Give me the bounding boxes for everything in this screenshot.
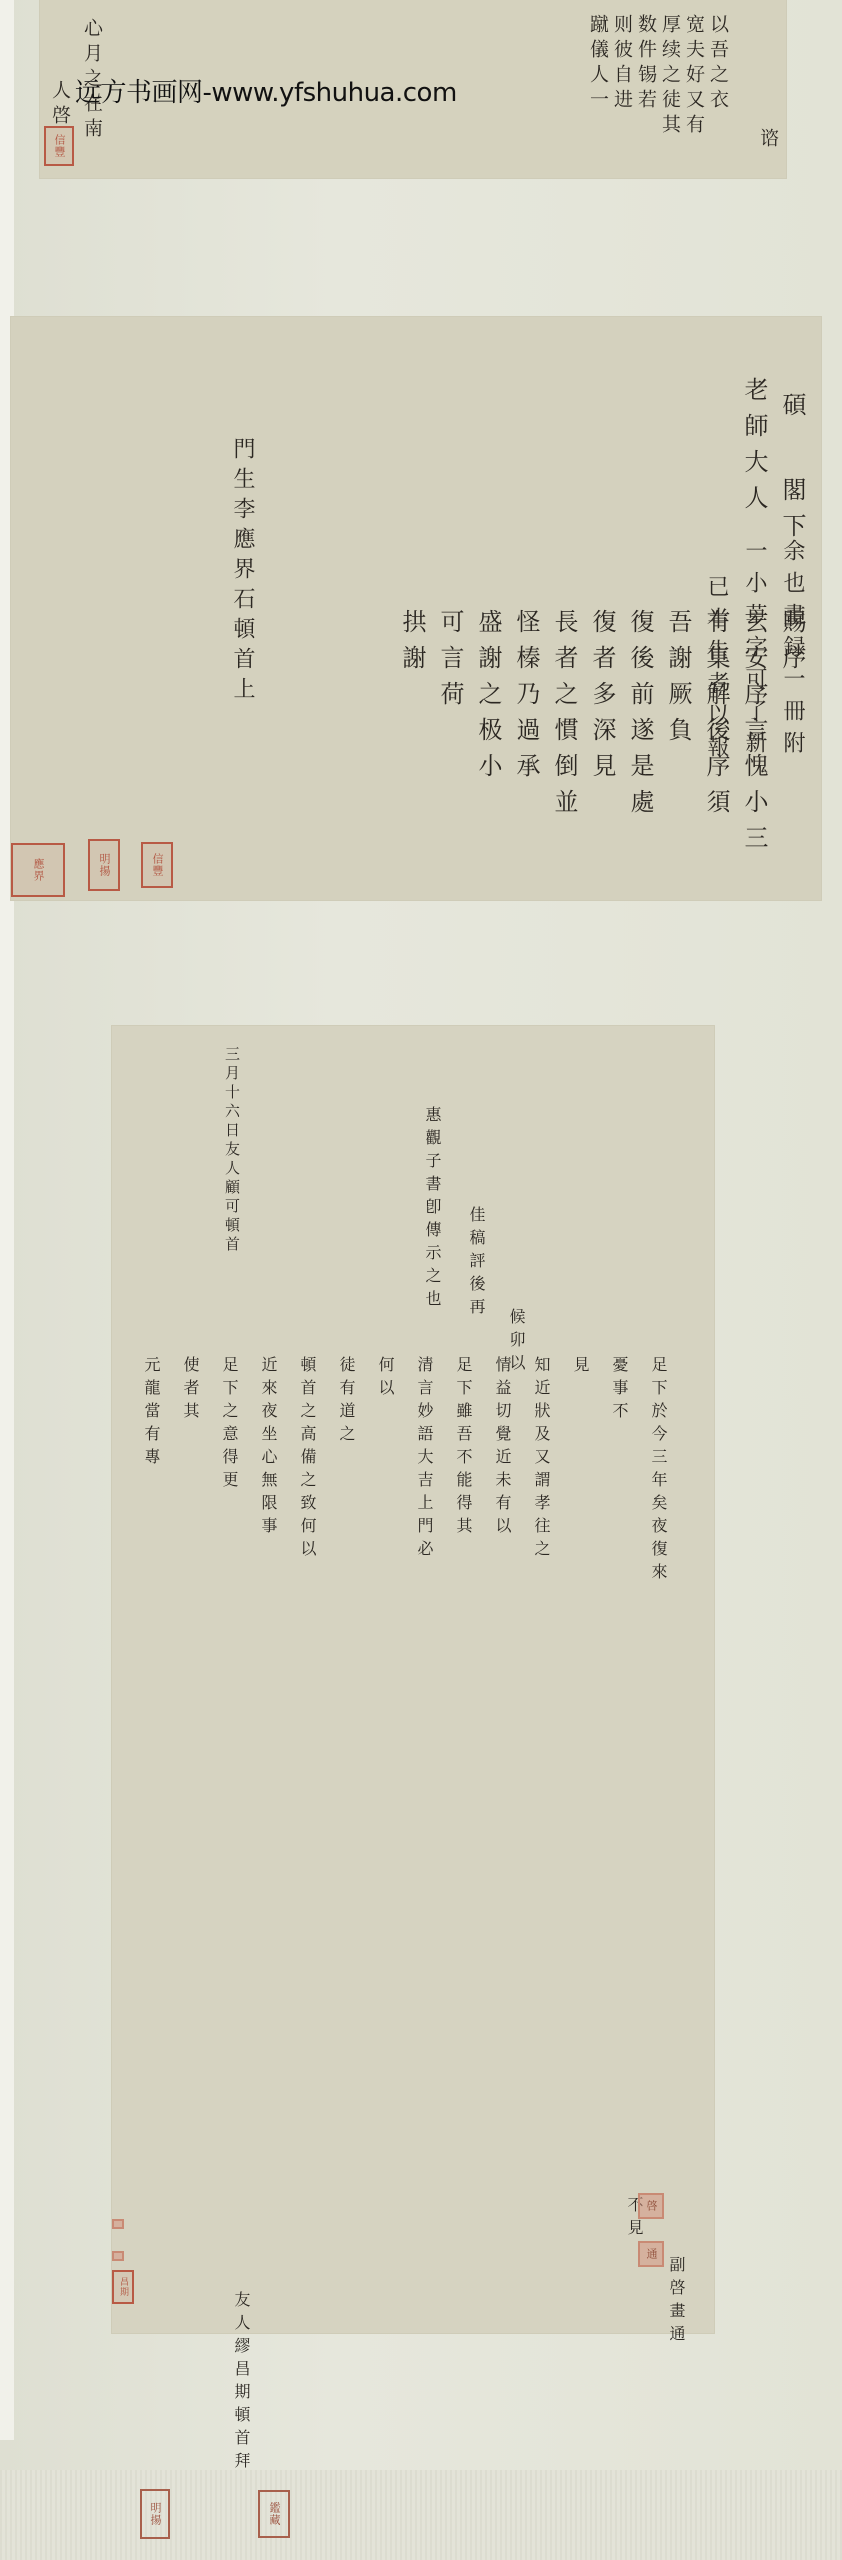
text-column: 盛謝之极小 (469, 609, 507, 861)
text-column: 復者多深見 (583, 609, 621, 861)
text-column-tail: 谘 (756, 128, 780, 153)
silk-border-bottom (0, 2470, 842, 2560)
date-signature-column: 三月十六日友人顧可頓首 (212, 1046, 251, 1255)
panel1-text-upper: 以吾之衣 宽夫好又有 厚续之徒其 数件锡若 则彼自进 蹴儀人一 (586, 14, 730, 139)
seal (112, 2219, 124, 2229)
text-column: 足下之意得更 (210, 1356, 249, 1586)
seal: 信豐 (44, 126, 74, 166)
text-column: 玄安序言愧小三 (735, 609, 773, 861)
text-column: 知近狀及又謂孝往之 (522, 1356, 561, 1586)
text-column: 佳稿評後再 (457, 1206, 496, 1321)
text-column: 足下雖吾不能得其 (444, 1356, 483, 1586)
seal: 啓 (638, 2193, 664, 2219)
panel2-text-lower: 賜序 玄安序言愧小三 有集解後序須 吾謝厥負 復後前遂是處 復者多深見 長者之慣… (393, 609, 811, 861)
panel3-body-text: 足下於今三年矣夜復來 憂事不 見 知近狀及又謂孝往之 情益切覺近未有以 足下雖吾… (132, 1356, 678, 1586)
text-column: 頓首之高備之致何以 (288, 1356, 327, 1586)
seal: 信豐 (141, 842, 173, 888)
closing-column: 副啓畫通 (657, 2256, 696, 2348)
text-column: 怪榛乃過承 (507, 609, 545, 861)
text-column: 候卯以 (497, 1308, 536, 1377)
text-column: 吾謝厥負 (659, 609, 697, 861)
seal: 明揚 (88, 839, 120, 891)
text-column: 惠觀子書卽傳示之也 (413, 1106, 452, 1313)
seal: 通 (638, 2241, 664, 2267)
text-column: 清言妙語大吉上門必 (405, 1356, 444, 1586)
text-column: 足下於今三年矣夜復來 (639, 1356, 678, 1586)
closing-signature: 友人繆昌期頓首拜 (222, 2291, 261, 2475)
text-column: 可言荷 (431, 609, 469, 861)
text-column: 近來夜坐心無限事 (249, 1356, 288, 1586)
text-column: 数件锡若 (634, 14, 658, 139)
text-column: 蹴儀人一 (586, 14, 610, 139)
text-column: 復後前遂是處 (621, 609, 659, 861)
text-column: 賜序 (773, 609, 811, 861)
text-column: 则彼自进 (610, 14, 634, 139)
letter-panel-3: 足下於今三年矣夜復來 憂事不 見 知近狀及又謂孝往之 情益切覺近未有以 足下雖吾… (112, 1026, 714, 2333)
collector-seal: 明揚 (140, 2489, 170, 2539)
text-column: 厚续之徒其 (658, 14, 682, 139)
signature-column: 門生李應界石頓首上 (223, 437, 261, 707)
text-column: 碩 (773, 392, 811, 428)
text-column: 有集解後序須 (697, 609, 735, 861)
text-column: 情益切覺近未有以 (483, 1356, 522, 1586)
text-column: 使者其 (171, 1356, 210, 1586)
text-column: 見 (561, 1356, 600, 1586)
text-column: 長者之慣倒並 (545, 609, 583, 861)
text-column: 拱謝 (393, 609, 431, 861)
watermark-text: 远方书画网-www.yfshuhua.com (75, 72, 457, 109)
text-column: 以吾之衣 (706, 14, 730, 139)
text-column: 老師大人 (735, 377, 773, 521)
text-column: 憂事不 (600, 1356, 639, 1586)
seal (112, 2251, 124, 2261)
text-column: 元龍當有專 (132, 1356, 171, 1586)
letter-panel-2: 碩 老師大人 閣下 余也畫録一冊附 一小草字可了新 已半告者以報 門生李應界石頓… (11, 317, 821, 900)
text-column: 人啓 (48, 80, 72, 130)
text-column: 宽夫好又有 (682, 14, 706, 139)
seal: 昌期 (112, 2270, 134, 2304)
text-column: 徒有道之 (327, 1356, 366, 1586)
seal: 應界 (11, 843, 65, 897)
collector-seal: 鑑藏 (258, 2490, 290, 2538)
text-column: 何以 (366, 1356, 405, 1586)
